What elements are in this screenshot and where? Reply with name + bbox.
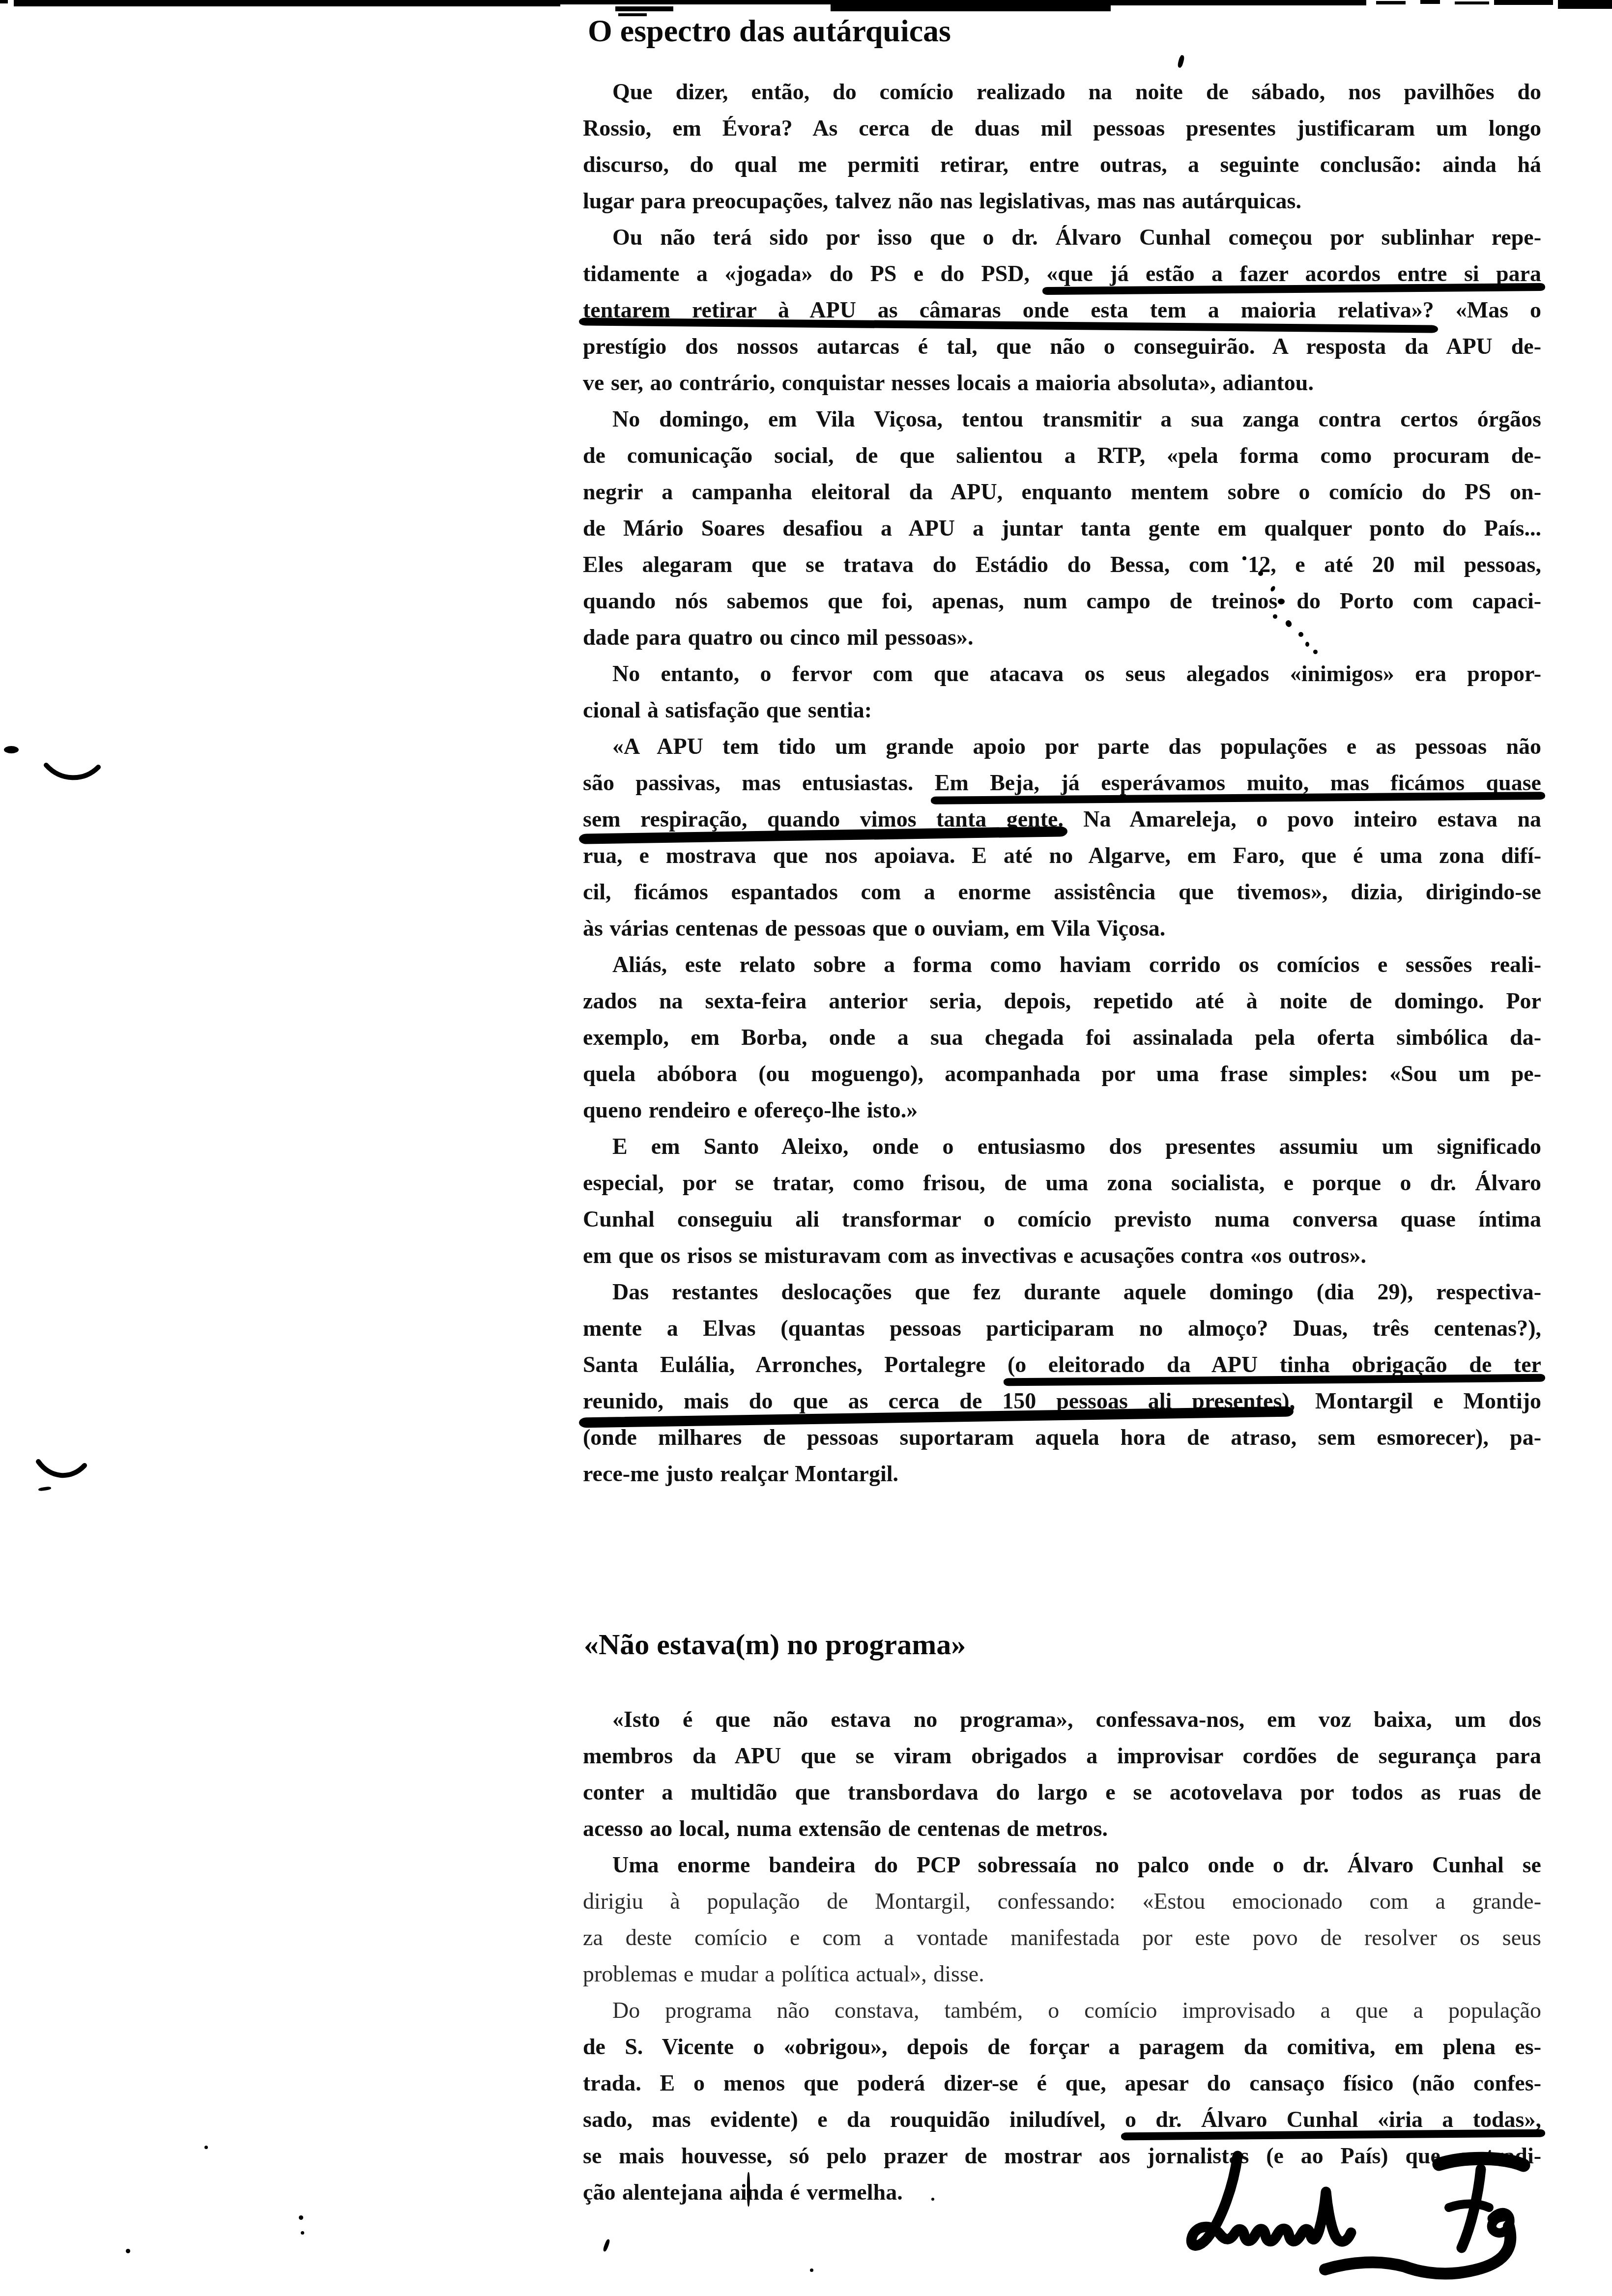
text-segment: em que os risos se misturavam com as inv… <box>583 1243 1366 1268</box>
scan-edge-top <box>1420 0 1440 4</box>
text-line: lugar para preocupações, talvez não nas … <box>583 183 1541 219</box>
margin-check-mark <box>35 1455 90 1485</box>
text-segment: ve ser, ao contrário, conquistar nesses … <box>583 370 1314 395</box>
hand-underline: reunido, mais do que as cerca de 150 pes… <box>583 1388 1290 1413</box>
text-line: E em Santo Aleixo, onde o entusiasmo dos… <box>583 1128 1541 1165</box>
signature <box>1164 2144 1547 2294</box>
text-segment: No domingo, em Vila Viçosa, tentou trans… <box>612 406 1541 431</box>
ink-speck <box>204 2146 208 2149</box>
text-segment: exemplo, em Borba, onde a sua chegada fo… <box>583 1025 1541 1050</box>
text-segment: acesso ao local, numa extensão de centen… <box>583 1816 1108 1841</box>
text-line: Das restantes deslocações que fez durant… <box>583 1274 1541 1310</box>
text-segment: lugar para preocupações, talvez não nas … <box>583 188 1301 213</box>
text-segment: de Mário Soares desafiou a APU a juntar … <box>583 516 1541 541</box>
text-line: Do programa não constava, também, o comí… <box>583 1992 1541 2029</box>
text-segment: especial, por se tratar, como frisou, de… <box>583 1170 1541 1195</box>
article-body-section-2: «Isto é que não estava no programa», con… <box>583 1701 1541 2210</box>
text-segment: queno rendeiro e ofereço-lhe isto.» <box>583 1097 918 1122</box>
text-line: membros da APU que se viram obrigados a … <box>583 1738 1541 1774</box>
text-line: de S. Vicente o «obrigou», depois de for… <box>583 2029 1541 2065</box>
ink-speck <box>299 2215 303 2220</box>
text-segment: trada. E o menos que poderá dizer-se é q… <box>583 2070 1541 2095</box>
scan-edge-top <box>1494 0 1553 5</box>
ink-stroke <box>747 2172 750 2207</box>
margin-check-mark <box>43 759 103 787</box>
text-segment: sado, mas evidente) e da rouquidão inilu… <box>583 2107 1125 2132</box>
ink-speck <box>1242 556 1246 560</box>
text-line: Que dizer, então, do comício realizado n… <box>583 74 1541 110</box>
scan-edge-top <box>1111 0 1366 5</box>
margin-ink-dash <box>38 1486 52 1492</box>
text-segment: negrir a campanha eleitoral da APU, enqu… <box>583 479 1541 504</box>
ink-speck <box>1313 650 1318 654</box>
scan-edge-corner <box>0 0 8 3</box>
text-segment: problemas e mudar a política actual», di… <box>583 1961 984 1986</box>
ink-speck <box>1305 642 1309 647</box>
text-line: Aliás, este relato sobre a forma como ha… <box>583 947 1541 983</box>
text-line: mente a Elvas (quantas pessoas participa… <box>583 1310 1541 1347</box>
text-line: quela abóbora (ou moguengo), acompanhada… <box>583 1056 1541 1092</box>
text-line: No domingo, em Vila Viçosa, tentou trans… <box>583 401 1541 437</box>
text-segment: ção alentejana ainda é vermelha. <box>583 2180 903 2205</box>
text-segment: «Isto é que não estava no programa», con… <box>612 1707 1541 1732</box>
text-line: às várias centenas de pessoas que o ouvi… <box>583 910 1541 947</box>
text-segment: rece-me justo realçar Montargil. <box>583 1461 898 1486</box>
text-line: rece-me justo realçar Montargil. <box>583 1456 1541 1492</box>
text-segment: quela abóbora (ou moguengo), acompanhada… <box>583 1061 1541 1086</box>
text-segment: E em Santo Aleixo, onde o entusiasmo dos… <box>612 1134 1541 1159</box>
text-segment: (onde milhares de pessoas suportaram aqu… <box>583 1425 1541 1450</box>
article-title: O espectro das autárquicas <box>588 13 951 49</box>
text-segment: mente a Elvas (quantas pessoas participa… <box>583 1316 1541 1341</box>
text-segment: «Mas o <box>1434 297 1541 322</box>
article-body-section-1: Que dizer, então, do comício realizado n… <box>583 74 1541 1492</box>
text-line: sado, mas evidente) e da rouquidão inilu… <box>583 2101 1541 2138</box>
section-heading: «Não estava(m) no programa» <box>584 1628 966 1662</box>
text-line: cional à satisfação que sentia: <box>583 692 1541 728</box>
text-segment: de comunicação social, de que salientou … <box>583 443 1541 468</box>
text-line: especial, por se tratar, como frisou, de… <box>583 1165 1541 1201</box>
text-line: tentarem retirar à APU as câmaras onde e… <box>583 292 1541 328</box>
text-segment: conter a multidão que transbordava do la… <box>583 1779 1541 1805</box>
ink-smudge <box>618 13 647 16</box>
text-line: cil, ficámos espantados com a enorme ass… <box>583 874 1541 910</box>
ink-speck <box>931 2198 934 2201</box>
text-line: «A APU tem tido um grande apoio por part… <box>583 728 1541 765</box>
ink-speck <box>1273 614 1277 619</box>
text-segment: cional à satisfação que sentia: <box>583 697 872 722</box>
text-segment: Que dizer, então, do comício realizado n… <box>612 79 1541 104</box>
hand-underline: (o eleitorado da APU tinha obrigação de … <box>1007 1352 1541 1377</box>
text-line: tidamente a «jogada» do PS e do PSD, «qu… <box>583 256 1541 292</box>
text-segment: , Montargil e Montijo <box>1290 1388 1541 1413</box>
ink-speck <box>301 2231 304 2235</box>
text-segment: Cunhal conseguiu ali transformar o comíc… <box>583 1206 1541 1232</box>
ink-speck <box>1258 571 1263 576</box>
text-line: são passivas, mas entusiastas. Em Beja, … <box>583 765 1541 801</box>
text-line: negrir a campanha eleitoral da APU, enqu… <box>583 474 1541 510</box>
text-segment: cil, ficámos espantados com a enorme ass… <box>583 879 1541 904</box>
text-segment: dade para quatro ou cinco mil pessoas». <box>583 625 974 650</box>
text-segment: za deste comício e com a vontade manifes… <box>583 1925 1541 1950</box>
text-line: Ou não terá sido por isso que o dr. Álva… <box>583 219 1541 256</box>
text-segment: zados na sexta-feira anterior seria, dep… <box>583 988 1541 1013</box>
text-segment: No entanto, o fervor com que atacava os … <box>612 661 1541 686</box>
text-line: Uma enorme bandeira do PCP sobressaía no… <box>583 1847 1541 1883</box>
text-line: «Isto é que não estava no programa», con… <box>583 1701 1541 1738</box>
ink-stroke <box>603 2239 610 2252</box>
ink-speck <box>126 2249 130 2253</box>
text-segment: Santa Eulália, Arronches, Portalegre <box>583 1352 1007 1377</box>
text-segment: Na Amareleja, o povo inteiro estava na <box>1064 806 1541 832</box>
scan-edge-top <box>14 0 560 6</box>
scan-edge-top <box>1455 1 1489 4</box>
text-line: No entanto, o fervor com que atacava os … <box>583 656 1541 692</box>
text-line: Rossio, em Évora? As cerca de duas mil p… <box>583 110 1541 146</box>
ink-speck <box>810 2268 813 2272</box>
ink-speck <box>1278 599 1285 604</box>
text-line: dirigiu à população de Montargil, confes… <box>583 1883 1541 1920</box>
ink-speck <box>1298 632 1303 637</box>
text-line: Cunhal conseguiu ali transformar o comíc… <box>583 1201 1541 1237</box>
text-line: exemplo, em Borba, onde a sua chegada fo… <box>583 1019 1541 1056</box>
text-line: rua, e mostrava que nos apoiava. E até n… <box>583 837 1541 874</box>
text-line: queno rendeiro e ofereço-lhe isto.» <box>583 1092 1541 1128</box>
text-line: za deste comício e com a vontade manifes… <box>583 1920 1541 1956</box>
text-segment: Uma enorme bandeira do PCP sobressaía no… <box>612 1852 1541 1877</box>
hand-underline: sem respiração, quando vimos tanta gente… <box>583 806 1064 832</box>
text-line: prestígio dos nossos autarcas é tal, que… <box>583 328 1541 365</box>
hand-underline: «que já estão a fazer acordos entre si p… <box>1046 261 1541 286</box>
text-line: trada. E o menos que poderá dizer-se é q… <box>583 2065 1541 2101</box>
text-segment: «A APU tem tido um grande apoio por part… <box>612 734 1541 759</box>
text-line: reunido, mais do que as cerca de 150 pes… <box>583 1383 1541 1419</box>
scan-edge-top <box>1376 1 1406 4</box>
hand-underline: Em Beja, já esperávamos muito, mas ficám… <box>935 770 1541 795</box>
text-segment: Eles alegaram que se tratava do Estádio … <box>583 552 1541 577</box>
text-segment: prestígio dos nossos autarcas é tal, que… <box>583 334 1541 359</box>
scan-edge-top <box>1558 0 1612 9</box>
ink-speck <box>1177 55 1185 68</box>
text-segment: de S. Vicente o «obrigou», depois de for… <box>583 2034 1541 2059</box>
text-segment: Do programa não constava, também, o comí… <box>612 1998 1541 2023</box>
text-line: acesso ao local, numa extensão de centen… <box>583 1810 1541 1847</box>
text-segment: Rossio, em Évora? As cerca de duas mil p… <box>583 115 1541 141</box>
hand-underline: tentarem retirar à APU as câmaras onde e… <box>583 297 1434 322</box>
text-line: discurso, do qual me permiti retirar, en… <box>583 146 1541 183</box>
text-line: de Mário Soares desafiou a APU a juntar … <box>583 510 1541 546</box>
text-segment: são passivas, mas entusiastas. <box>583 770 935 795</box>
text-segment: membros da APU que se viram obrigados a … <box>583 1743 1541 1768</box>
text-line: conter a multidão que transbordava do la… <box>583 1774 1541 1810</box>
text-segment: Ou não terá sido por isso que o dr. Álva… <box>612 225 1541 250</box>
scanned-page: { "page": {"background": "#ffffff", "ink… <box>0 0 1612 2296</box>
text-line: Eles alegaram que se tratava do Estádio … <box>583 546 1541 583</box>
text-line: Santa Eulália, Arronches, Portalegre (o … <box>583 1347 1541 1383</box>
ink-smudge <box>615 6 673 11</box>
hand-underline: o dr. Álvaro Cunhal «iria a todas», <box>1125 2107 1541 2132</box>
text-segment: rua, e mostrava que nos apoiava. E até n… <box>583 843 1541 868</box>
text-segment: Das restantes deslocações que fez durant… <box>612 1279 1541 1304</box>
text-line: zados na sexta-feira anterior seria, dep… <box>583 983 1541 1019</box>
scan-edge-top <box>831 0 1111 11</box>
text-line: em que os risos se misturavam com as inv… <box>583 1237 1541 1274</box>
text-line: sem respiração, quando vimos tanta gente… <box>583 801 1541 837</box>
text-segment: às várias centenas de pessoas que o ouvi… <box>583 916 1165 941</box>
text-segment: discurso, do qual me permiti retirar, en… <box>583 152 1541 177</box>
text-segment: Aliás, este relato sobre a forma como ha… <box>612 952 1541 977</box>
text-line: de comunicação social, de que salientou … <box>583 437 1541 474</box>
text-line: ve ser, ao contrário, conquistar nesses … <box>583 365 1541 401</box>
text-segment: quando nós sabemos que foi, apenas, num … <box>583 588 1541 613</box>
text-line: quando nós sabemos que foi, apenas, num … <box>583 583 1541 619</box>
text-segment: tidamente a «jogada» do PS e do PSD, <box>583 261 1046 286</box>
text-line: dade para quatro ou cinco mil pessoas». <box>583 619 1541 656</box>
text-line: problemas e mudar a política actual», di… <box>583 1956 1541 1992</box>
margin-ink-dot <box>4 746 19 753</box>
text-segment: dirigiu à população de Montargil, confes… <box>583 1889 1541 1914</box>
